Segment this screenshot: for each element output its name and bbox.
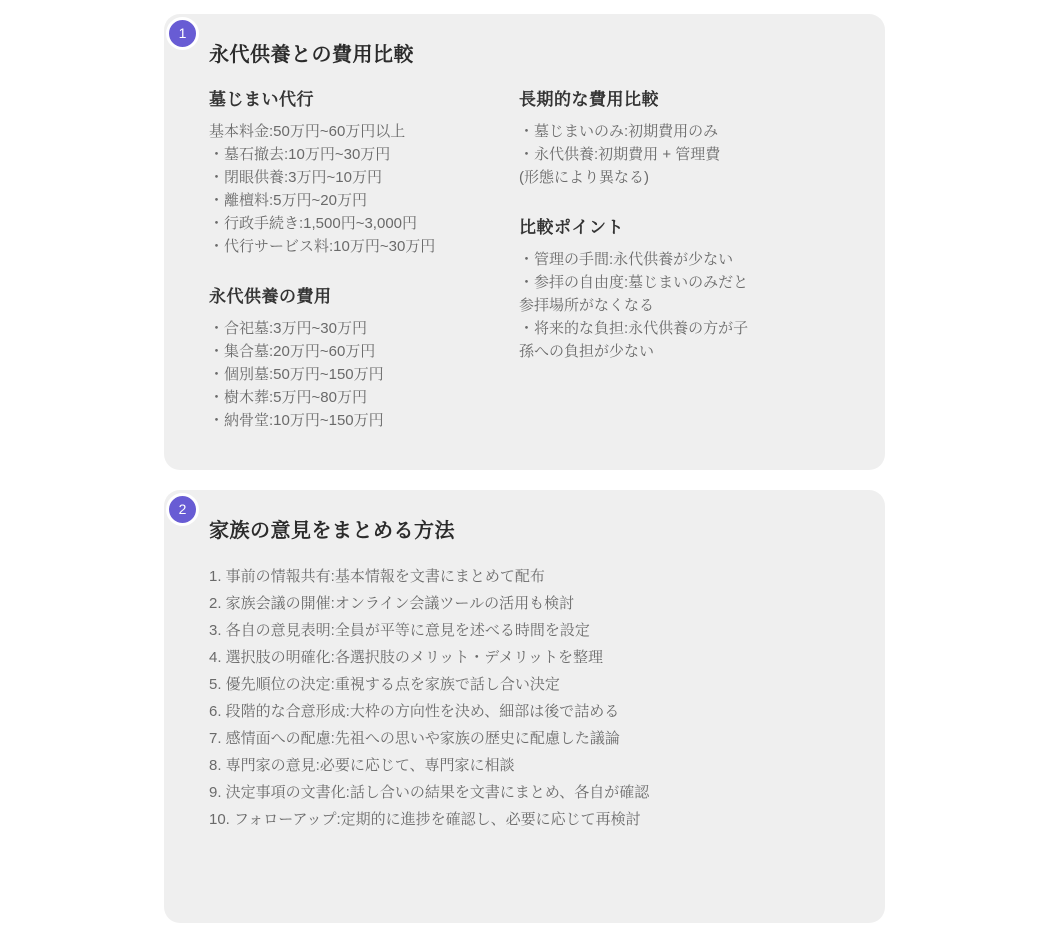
list-item: ・合祀墓:3万円~30万円 [209, 317, 519, 340]
cost-list: 基本料金:50万円~60万円以上 ・墓石撤去:10万円~30万円 ・閉眼供養:3… [209, 120, 519, 258]
group-eitaikuyou-cost: 永代供養の費用 ・合祀墓:3万円~30万円 ・集合墓:20万円~60万円 ・個別… [209, 282, 519, 432]
comparison-list: ・墓じまいのみ:初期費用のみ ・永代供養:初期費用 + 管理費 (形態により異な… [519, 120, 759, 189]
group-heading: 永代供養の費用 [209, 282, 519, 307]
list-item: ・墓じまいのみ:初期費用のみ [519, 120, 759, 143]
list-item: ・樹木葬:5万円~80万円 [209, 386, 519, 409]
left-column: 墓じまい代行 基本料金:50万円~60万円以上 ・墓石撤去:10万円~30万円 … [209, 85, 519, 432]
list-item: ・納骨堂:10万円~150万円 [209, 409, 519, 432]
list-item: 2. 家族会議の開催:オンライン会議ツールの活用も検討 [209, 590, 849, 617]
list-item: ・行政手続き:1,500円~3,000円 [209, 212, 519, 235]
list-item: ・集合墓:20万円~60万円 [209, 340, 519, 363]
list-item: 5. 優先順位の決定:重視する点を家族で話し合い決定 [209, 671, 849, 698]
list-item: ・参拝の自由度:墓じまいのみだと参拝場所がなくなる [519, 271, 759, 317]
section-card-cost-comparison: 1 永代供養との費用比較 墓じまい代行 基本料金:50万円~60万円以上 ・墓石… [164, 14, 885, 470]
list-item: (形態により異なる) [519, 166, 759, 189]
list-item: ・管理の手間:永代供養が少ない [519, 248, 759, 271]
section-number-badge-2: 2 [166, 493, 199, 526]
list-item: 3. 各自の意見表明:全員が平等に意見を述べる時間を設定 [209, 617, 849, 644]
steps-container: 1. 事前の情報共有:基本情報を文書にまとめて配布 2. 家族会議の開催:オンラ… [164, 563, 885, 833]
list-item: 基本料金:50万円~60万円以上 [209, 120, 519, 143]
list-item: ・個別墓:50万円~150万円 [209, 363, 519, 386]
section-number-badge-1: 1 [166, 17, 199, 50]
section-title: 家族の意見をまとめる方法 [164, 490, 885, 543]
list-item: 8. 専門家の意見:必要に応じて、専門家に相談 [209, 752, 849, 779]
section-number: 2 [179, 501, 187, 517]
list-item: 4. 選択肢の明確化:各選択肢のメリット・デメリットを整理 [209, 644, 849, 671]
group-hakajimai-daikou: 墓じまい代行 基本料金:50万円~60万円以上 ・墓石撤去:10万円~30万円 … [209, 85, 519, 258]
two-column-layout: 墓じまい代行 基本料金:50万円~60万円以上 ・墓石撤去:10万円~30万円 … [164, 85, 885, 432]
group-heading: 長期的な費用比較 [519, 85, 759, 110]
right-column: 長期的な費用比較 ・墓じまいのみ:初期費用のみ ・永代供養:初期費用 + 管理費… [519, 85, 759, 432]
group-heading: 比較ポイント [519, 213, 759, 238]
list-item: ・将来的な負担:永代供養の方が子孫への負担が少ない [519, 317, 759, 363]
group-heading: 墓じまい代行 [209, 85, 519, 110]
list-item: ・墓石撤去:10万円~30万円 [209, 143, 519, 166]
list-item: 9. 決定事項の文書化:話し合いの結果を文書にまとめ、各自が確認 [209, 779, 849, 806]
section-card-family-consensus: 2 家族の意見をまとめる方法 1. 事前の情報共有:基本情報を文書にまとめて配布… [164, 490, 885, 923]
list-item: ・離檀料:5万円~20万円 [209, 189, 519, 212]
list-item: ・閉眼供養:3万円~10万円 [209, 166, 519, 189]
list-item: 1. 事前の情報共有:基本情報を文書にまとめて配布 [209, 563, 849, 590]
list-item: 6. 段階的な合意形成:大枠の方向性を決め、細部は後で詰める [209, 698, 849, 725]
article-page: 1 永代供養との費用比較 墓じまい代行 基本料金:50万円~60万円以上 ・墓石… [0, 0, 1049, 923]
cost-list: ・合祀墓:3万円~30万円 ・集合墓:20万円~60万円 ・個別墓:50万円~1… [209, 317, 519, 432]
steps-list: 1. 事前の情報共有:基本情報を文書にまとめて配布 2. 家族会議の開催:オンラ… [209, 563, 849, 833]
list-item: ・代行サービス料:10万円~30万円 [209, 235, 519, 258]
section-number: 1 [179, 25, 187, 41]
list-item: ・永代供養:初期費用 + 管理費 [519, 143, 759, 166]
section-title: 永代供養との費用比較 [164, 14, 885, 67]
list-item: 7. 感情面への配慮:先祖への思いや家族の歴史に配慮した議論 [209, 725, 849, 752]
list-item: 10. フォローアップ:定期的に進捗を確認し、必要に応じて再検討 [209, 806, 849, 833]
points-list: ・管理の手間:永代供養が少ない ・参拝の自由度:墓じまいのみだと参拝場所がなくな… [519, 248, 759, 363]
group-comparison-points: 比較ポイント ・管理の手間:永代供養が少ない ・参拝の自由度:墓じまいのみだと参… [519, 213, 759, 363]
group-longterm-comparison: 長期的な費用比較 ・墓じまいのみ:初期費用のみ ・永代供養:初期費用 + 管理費… [519, 85, 759, 189]
